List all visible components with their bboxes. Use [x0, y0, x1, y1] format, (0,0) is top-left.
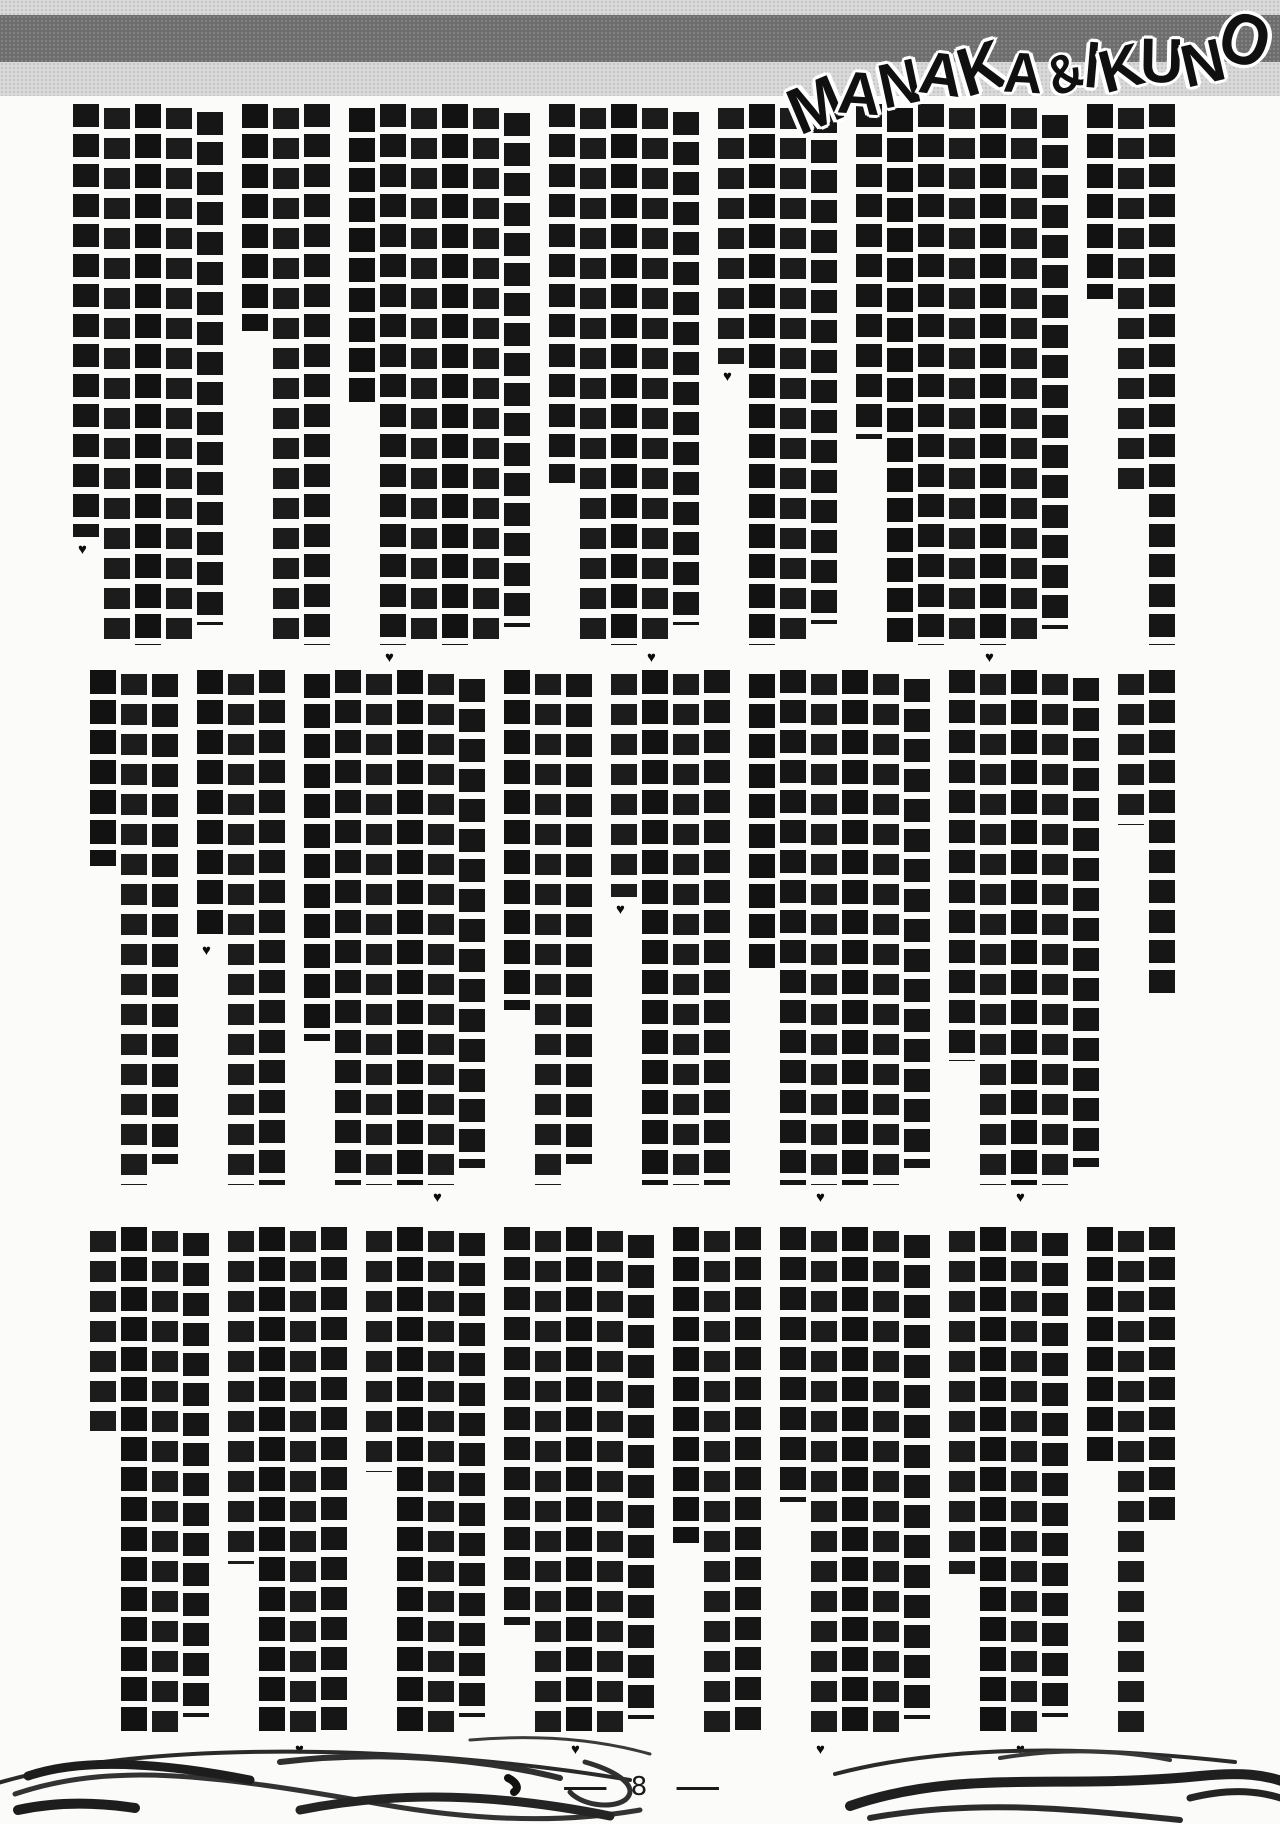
text-column — [397, 1227, 423, 1737]
text-column — [473, 104, 499, 645]
text-column: ♥ — [290, 1227, 316, 1737]
text-column — [228, 1227, 254, 1564]
text-column — [704, 1227, 730, 1737]
paragraph-group: ♥ — [856, 104, 1068, 645]
heart-mark: ♥ — [78, 542, 87, 557]
text-column — [349, 104, 375, 402]
text-column — [642, 670, 668, 1185]
paragraph-group: ♥ — [549, 104, 699, 645]
text-column — [273, 104, 299, 645]
heart-mark: ♥ — [433, 1190, 442, 1205]
logo-letter: A — [835, 62, 880, 125]
text-column — [873, 1227, 899, 1737]
text-column — [166, 104, 192, 645]
paragraph-group: ♥ — [611, 670, 730, 1185]
text-column — [104, 104, 130, 645]
text-column — [1149, 670, 1175, 1000]
text-column — [152, 1227, 178, 1737]
text-column — [152, 674, 178, 1163]
paragraph-group — [366, 1227, 485, 1737]
page-number-rule-left: —— — [563, 1773, 605, 1801]
paragraph-group: ♥ — [949, 1227, 1068, 1737]
text-column — [504, 670, 530, 1010]
heart-mark: ♥ — [385, 650, 394, 665]
text-column — [1042, 115, 1068, 629]
text-column — [1073, 678, 1099, 1167]
text-band-3: ♥♥♥♥ — [90, 1227, 1175, 1737]
text-column — [980, 1227, 1006, 1737]
text-column — [780, 1227, 806, 1502]
text-column — [980, 670, 1006, 1185]
text-column — [735, 1227, 761, 1737]
paragraph-group — [90, 670, 178, 1185]
text-column — [259, 670, 285, 1185]
paragraph-group: ♥ — [949, 670, 1099, 1185]
text-column — [90, 670, 116, 866]
text-column — [304, 670, 330, 1041]
text-column — [504, 113, 530, 627]
paragraph-group: ♥ — [718, 104, 837, 645]
text-column — [566, 674, 592, 1163]
text-column — [873, 670, 899, 1185]
text-column — [1087, 1227, 1113, 1462]
text-column: ♥ — [718, 104, 744, 364]
text-column: ♥ — [811, 1227, 837, 1737]
text-column — [459, 1233, 485, 1718]
page-text-area: ♥♥♥♥♥♥♥♥♥♥♥♥♥♥ — [0, 0, 1280, 1824]
text-column — [1042, 670, 1068, 1185]
logo-letter: N — [873, 49, 925, 119]
text-column — [673, 1227, 699, 1543]
text-column — [366, 670, 392, 1185]
text-column — [749, 670, 775, 969]
text-column — [366, 1227, 392, 1472]
text-column — [183, 1233, 209, 1718]
text-column — [597, 1227, 623, 1737]
text-column — [904, 679, 930, 1168]
page-number: 8 — [631, 1772, 650, 1802]
paragraph-group: ♥ — [780, 1227, 930, 1737]
paragraph-group: ♥ — [197, 670, 285, 1185]
text-band-inner: ♥♥♥♥♥ — [90, 670, 1175, 1185]
text-band-2: ♥♥♥♥♥ — [90, 670, 1175, 1185]
text-column: ♥ — [811, 670, 837, 1185]
text-column — [856, 104, 882, 439]
text-column — [1149, 1227, 1175, 1523]
logo-letter: O — [1210, 0, 1276, 81]
text-band-1: ♥♥♥♥♥ — [73, 104, 1175, 645]
heart-mark: ♥ — [202, 943, 211, 958]
heart-mark: ♥ — [616, 902, 625, 917]
text-column: ♥ — [1011, 1227, 1037, 1737]
text-column — [121, 670, 147, 1185]
text-column — [90, 1227, 116, 1431]
page-number-rule-right: —— — [675, 1773, 717, 1801]
text-column — [780, 104, 806, 645]
text-column: ♥ — [1011, 670, 1037, 1185]
text-column — [335, 670, 361, 1185]
text-column — [197, 112, 223, 626]
heart-mark: ♥ — [647, 650, 656, 665]
text-column — [842, 1227, 868, 1737]
text-column — [887, 104, 913, 645]
paragraph-group: ♥ — [749, 670, 930, 1185]
text-column — [918, 104, 944, 645]
text-column: ♥ — [980, 104, 1006, 645]
heart-mark: ♥ — [816, 1190, 825, 1205]
paragraph-group: ♥ — [73, 104, 223, 645]
text-column: ♥ — [73, 104, 99, 537]
text-column — [549, 104, 575, 483]
page-number-line: ——8—— — [0, 1772, 1280, 1802]
text-column — [1087, 104, 1113, 299]
text-column — [1118, 670, 1144, 825]
paragraph-group: ♥ — [228, 1227, 347, 1737]
text-column — [121, 1227, 147, 1737]
text-column: ♥ — [642, 104, 668, 645]
heart-mark: ♥ — [723, 369, 732, 384]
text-column — [949, 670, 975, 1061]
text-column — [1118, 104, 1144, 494]
text-column — [1149, 104, 1175, 645]
text-column — [428, 1227, 454, 1737]
text-column — [949, 1227, 975, 1574]
text-column — [535, 1227, 561, 1737]
text-band-inner: ♥♥♥♥♥ — [73, 104, 1175, 645]
text-column: ♥ — [566, 1227, 592, 1737]
text-column — [397, 670, 423, 1185]
paragraph-group: ♥ — [304, 670, 485, 1185]
text-column — [749, 104, 775, 645]
text-column — [535, 670, 561, 1185]
paragraph-group — [90, 1227, 209, 1737]
text-column — [304, 104, 330, 645]
scanned-page: { "header": { "title": "MANAKA&IKUNO", "… — [0, 0, 1280, 1824]
heart-mark: ♥ — [1016, 1190, 1025, 1205]
paragraph-group — [242, 104, 330, 645]
text-column — [949, 104, 975, 645]
paragraph-group — [1118, 670, 1175, 1185]
text-column — [259, 1227, 285, 1737]
text-column — [1042, 1233, 1068, 1718]
text-column — [242, 104, 268, 331]
paragraph-group — [1087, 1227, 1175, 1737]
text-column — [780, 670, 806, 1185]
text-column — [135, 104, 161, 645]
paragraph-group — [673, 1227, 761, 1737]
text-column — [321, 1227, 347, 1737]
text-column — [504, 1227, 530, 1625]
text-column — [673, 670, 699, 1185]
paragraph-group — [504, 670, 592, 1185]
text-column — [704, 670, 730, 1185]
text-column — [1011, 104, 1037, 645]
text-column — [580, 104, 606, 645]
text-column — [459, 679, 485, 1168]
text-column — [611, 104, 637, 645]
text-column — [228, 670, 254, 1185]
text-column — [842, 670, 868, 1185]
text-column: ♥ — [197, 670, 223, 938]
text-column — [411, 104, 437, 645]
paragraph-group: ♥ — [349, 104, 530, 645]
text-column: ♥ — [428, 670, 454, 1185]
text-column — [904, 1235, 930, 1720]
text-band-inner: ♥♥♥♥ — [90, 1227, 1175, 1737]
text-column: ♥ — [380, 104, 406, 645]
text-column — [628, 1235, 654, 1720]
text-column: ♥ — [611, 670, 637, 897]
heart-mark: ♥ — [985, 650, 994, 665]
text-column — [1118, 1227, 1144, 1737]
paragraph-group: ♥ — [504, 1227, 654, 1737]
text-column — [442, 104, 468, 645]
paragraph-group — [1087, 104, 1175, 645]
text-column — [673, 112, 699, 626]
text-column — [811, 110, 837, 624]
